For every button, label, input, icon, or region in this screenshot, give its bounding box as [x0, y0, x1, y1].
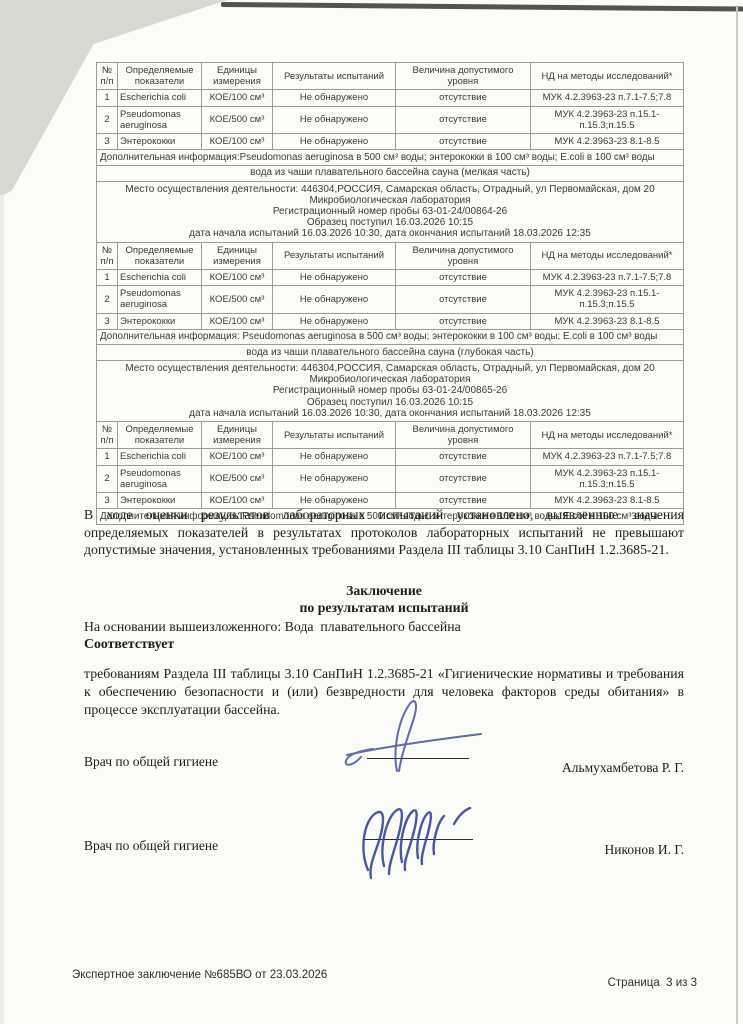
table-row: 2Pseudomonas aeruginosaКОЕ/500 см³Не обн…: [96, 106, 684, 134]
lab-table-section-1: № п/пОпределяемые показателиЕдиницы изме…: [96, 62, 684, 166]
table-cell: КОЕ/100 см³: [202, 134, 273, 149]
signer-name: Никонов И. Г.: [605, 842, 684, 858]
expert-conclusion-number: Экспертное заключение №685ВО от 23.03.20…: [72, 969, 327, 981]
table-cell: Pseudomonas aeruginosa: [118, 286, 202, 312]
table-cell: отсутствие: [396, 286, 531, 312]
assessment-paragraph: В ходе оценки результатов лабораторных и…: [84, 506, 684, 559]
signature-line: [367, 758, 469, 759]
table-cell: отсутствие: [396, 449, 531, 464]
table-cell: КОЕ/100 см³: [202, 270, 273, 285]
column-header: № п/п: [97, 243, 118, 269]
table-cell: Escherichia coli: [118, 449, 202, 464]
table-row: 3ЭнтерококкиКОЕ/100 см³Не обнаруженоотсу…: [96, 313, 684, 330]
table-cell: МУК 4.2.3963-23 п.7.1-7.5;7.8: [531, 449, 683, 464]
column-header: № п/п: [97, 422, 118, 448]
table-cell: МУК 4.2.3963-23 п.7.1-7.5;7.8: [531, 270, 683, 285]
signature-row-1: Врач по общей гигиене Альмухамбетова Р. …: [84, 738, 684, 818]
column-header: НД на методы исследований*: [531, 422, 683, 448]
sample-title-row: вода из чаши плавательного бассейна саун…: [96, 165, 684, 182]
lab-table-section-2: вода из чаши плавательного бассейна саун…: [96, 165, 684, 346]
table-cell: МУК 4.2.3963-23 п.15.1-п.15.3;п.15.5: [531, 466, 683, 492]
table-cell: Не обнаружено: [273, 286, 396, 312]
sample-info-line: Образец поступил 16.03.2026 10:15: [103, 397, 677, 408]
column-header: Единицы измерения: [202, 63, 273, 89]
table-cell: 1: [97, 449, 118, 464]
table-header-row: № п/пОпределяемые показателиЕдиницы изме…: [96, 421, 684, 449]
sample-info-line: дата начала испытаний 16.03.2026 10:30, …: [103, 408, 677, 419]
sample-info-line: Микробиологическая лаборатория: [103, 374, 677, 385]
signature-line: [363, 839, 473, 840]
page-number: Страница 3 из 3: [608, 977, 697, 989]
table-cell: Энтерококки: [118, 134, 202, 149]
column-header: Величина допустимого уровня: [396, 243, 531, 269]
table-cell: 3: [97, 134, 118, 149]
signature-row-2: Врач по общей гигиене Никонов И. Г.: [84, 824, 684, 904]
table-cell: Escherichia coli: [118, 90, 202, 105]
table-cell: Не обнаружено: [273, 466, 396, 492]
table-cell: 1: [97, 270, 118, 285]
conclusion-basis: На основании вышеизложенного: Вода плава…: [84, 618, 684, 635]
table-cell: МУК 4.2.3963-23 8.1-8.5: [531, 134, 683, 149]
table-header-row: № п/пОпределяемые показателиЕдиницы изме…: [96, 242, 684, 270]
column-header: НД на методы исследований*: [531, 63, 683, 89]
table-cell: отсутствие: [396, 134, 531, 149]
column-header: № п/п: [97, 63, 118, 89]
sample-info-line: Место осуществления деятельности: 446304…: [103, 184, 677, 195]
column-header: Величина допустимого уровня: [396, 63, 531, 89]
column-header: Определяемые показатели: [118, 243, 202, 269]
table-row: 2Pseudomonas aeruginosaКОЕ/500 см³Не обн…: [96, 285, 684, 313]
additional-info-row: Дополнительная информация: Pseudomonas a…: [96, 329, 684, 346]
scanned-document-page: { "table_header": ["№ п/п", "Определяемы…: [0, 0, 743, 1024]
table-cell: Не обнаружено: [273, 449, 396, 464]
table-cell: отсутствие: [396, 270, 531, 285]
table-cell: МУК 4.2.3963-23 п.7.1-7.5;7.8: [531, 90, 683, 105]
conclusion-details: требованиям Раздела III таблицы 3.10 Сан…: [84, 665, 684, 719]
sample-info-block: Место осуществления деятельности: 446304…: [96, 181, 684, 243]
column-header: Определяемые показатели: [118, 422, 202, 448]
table-cell: Не обнаружено: [273, 107, 396, 133]
table-cell: отсутствие: [396, 90, 531, 105]
table-cell: МУК 4.2.3963-23 8.1-8.5: [531, 314, 683, 329]
conclusion-subtitle: по результатам испытаний: [84, 599, 684, 616]
table-cell: 2: [97, 286, 118, 312]
table-cell: отсутствие: [396, 314, 531, 329]
table-cell: МУК 4.2.3963-23 п.15.1-п.15.3;п.15.5: [531, 107, 683, 133]
table-cell: отсутствие: [396, 107, 531, 133]
conclusion-section: Заключение по результатам испытаний На о…: [84, 582, 684, 719]
signer-role: Врач по общей гигиене: [84, 838, 218, 854]
table-row: 1Escherichia coliКОЕ/100 см³Не обнаружен…: [96, 89, 684, 106]
table-cell: КОЕ/500 см³: [202, 466, 273, 492]
sample-info-line: Образец поступил 16.03.2026 10:15: [103, 217, 677, 228]
table-cell: 2: [97, 107, 118, 133]
table-cell: КОЕ/100 см³: [202, 449, 273, 464]
page-left-edge: [0, 195, 4, 1024]
column-header: Единицы измерения: [202, 422, 273, 448]
table-row: 2Pseudomonas aeruginosaКОЕ/500 см³Не обн…: [96, 465, 684, 493]
sample-title-row: вода из чаши плавательного бассейна саун…: [96, 344, 684, 361]
table-cell: КОЕ/500 см³: [202, 286, 273, 312]
table-cell: Pseudomonas aeruginosa: [118, 107, 202, 133]
sample-info-line: Регистрационный номер пробы 63-01-24/008…: [103, 385, 677, 396]
table-cell: Escherichia coli: [118, 270, 202, 285]
signer-role: Врач по общей гигиене: [84, 754, 218, 770]
column-header: Результаты испытаний: [273, 63, 396, 89]
conclusion-title: Заключение: [84, 582, 684, 599]
page-top-edge-shadow: [221, 2, 743, 11]
conclusion-verdict: Соответствует: [84, 635, 684, 652]
sample-info-line: Регистрационный номер пробы 63-01-24/008…: [103, 206, 677, 217]
table-cell: 1: [97, 90, 118, 105]
table-row: 1Escherichia coliКОЕ/100 см³Не обнаружен…: [96, 448, 684, 465]
table-cell: КОЕ/500 см³: [202, 107, 273, 133]
lab-results-tables: № п/пОпределяемые показателиЕдиницы изме…: [96, 62, 684, 525]
table-cell: Не обнаружено: [273, 90, 396, 105]
table-cell: КОЕ/100 см³: [202, 90, 273, 105]
table-cell: КОЕ/100 см³: [202, 314, 273, 329]
table-cell: Не обнаружено: [273, 134, 396, 149]
table-cell: 3: [97, 314, 118, 329]
table-cell: МУК 4.2.3963-23 п.15.1-п.15.3;п.15.5: [531, 286, 683, 312]
column-header: Определяемые показатели: [118, 63, 202, 89]
table-cell: Не обнаружено: [273, 314, 396, 329]
table-cell: Энтерококки: [118, 314, 202, 329]
additional-info-row: Дополнительная информация:Pseudomonas ae…: [96, 149, 684, 166]
table-row: 3ЭнтерококкиКОЕ/100 см³Не обнаруженоотсу…: [96, 133, 684, 150]
page-right-edge: [736, 7, 738, 1024]
column-header: Результаты испытаний: [273, 243, 396, 269]
column-header: Единицы измерения: [202, 243, 273, 269]
table-cell: отсутствие: [396, 466, 531, 492]
table-header-row: № п/пОпределяемые показателиЕдиницы изме…: [96, 62, 684, 90]
sample-info-line: Микробиологическая лаборатория: [103, 195, 677, 206]
lab-table-section-3: вода из чаши плавательного бассейна саун…: [96, 344, 684, 525]
column-header: Величина допустимого уровня: [396, 422, 531, 448]
signer-name: Альмухамбетова Р. Г.: [562, 760, 684, 776]
sample-info-line: Место осуществления деятельности: 446304…: [103, 363, 677, 374]
table-cell: Pseudomonas aeruginosa: [118, 466, 202, 492]
table-cell: 2: [97, 466, 118, 492]
column-header: НД на методы исследований*: [531, 243, 683, 269]
table-cell: Не обнаружено: [273, 270, 396, 285]
table-row: 1Escherichia coliКОЕ/100 см³Не обнаружен…: [96, 269, 684, 286]
sample-info-block: Место осуществления деятельности: 446304…: [96, 360, 684, 422]
sample-info-line: дата начала испытаний 16.03.2026 10:30, …: [103, 228, 677, 239]
column-header: Результаты испытаний: [273, 422, 396, 448]
